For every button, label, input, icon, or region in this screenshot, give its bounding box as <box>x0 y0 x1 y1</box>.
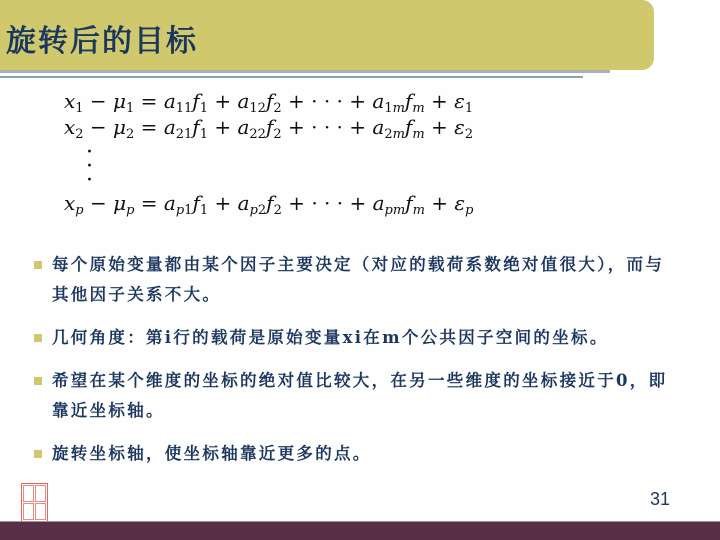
square-bullet-icon <box>34 450 42 458</box>
square-bullet-icon <box>34 261 42 269</box>
title-underline-primary <box>0 70 610 73</box>
bullet-text: 旋转坐标轴，使坐标轴靠近更多的点。 <box>52 444 372 463</box>
bullet-item: 每个原始变量都由某个因子主要决定（对应的载荷系数绝对值很大），而与其他因子关系不… <box>32 250 682 310</box>
bullet-item: 旋转坐标轴，使坐标轴靠近更多的点。 <box>32 439 682 469</box>
square-bullet-icon <box>34 334 42 342</box>
bullet-item: 希望在某个维度的坐标的绝对值比较大，在另一些维度的坐标接近于0，即靠近坐标轴。 <box>32 366 682 426</box>
title-underline-secondary <box>0 76 583 78</box>
bullet-item: 几何角度：第i行的载荷是原始变量xi在m个公共因子空间的坐标。 <box>32 323 682 353</box>
seal-logo-icon <box>21 483 48 522</box>
equation-row-1: x1 − μ1 = a11f1 + a12f2 + · · · + a1mfm … <box>64 88 544 114</box>
bullet-text: 几何角度：第i行的载荷是原始变量xi在m个公共因子空间的坐标。 <box>52 328 609 347</box>
slide-title: 旋转后的目标 <box>6 16 198 60</box>
page-number: 31 <box>650 489 670 510</box>
equation-row-p: xp − μp = ap1f1 + ap2f2 + · · · + apmfm … <box>64 190 544 216</box>
bullet-list: 每个原始变量都由某个因子主要决定（对应的载荷系数绝对值很大），而与其他因子关系不… <box>32 250 682 482</box>
bullet-text: 希望在某个维度的坐标的绝对值比较大，在另一些维度的坐标接近于0，即靠近坐标轴。 <box>52 371 667 420</box>
square-bullet-icon <box>34 377 42 385</box>
footer-bar <box>0 521 720 540</box>
factor-model-equations: x1 − μ1 = a11f1 + a12f2 + · · · + a1mfm … <box>64 88 544 216</box>
equation-vertical-ellipsis: ··· <box>64 140 544 190</box>
bullet-text: 每个原始变量都由某个因子主要决定（对应的载荷系数绝对值很大），而与其他因子关系不… <box>52 255 664 304</box>
title-bar: 旋转后的目标 <box>0 0 654 70</box>
equation-row-2: x2 − μ2 = a21f1 + a22f2 + · · · + a2mfm … <box>64 114 544 140</box>
